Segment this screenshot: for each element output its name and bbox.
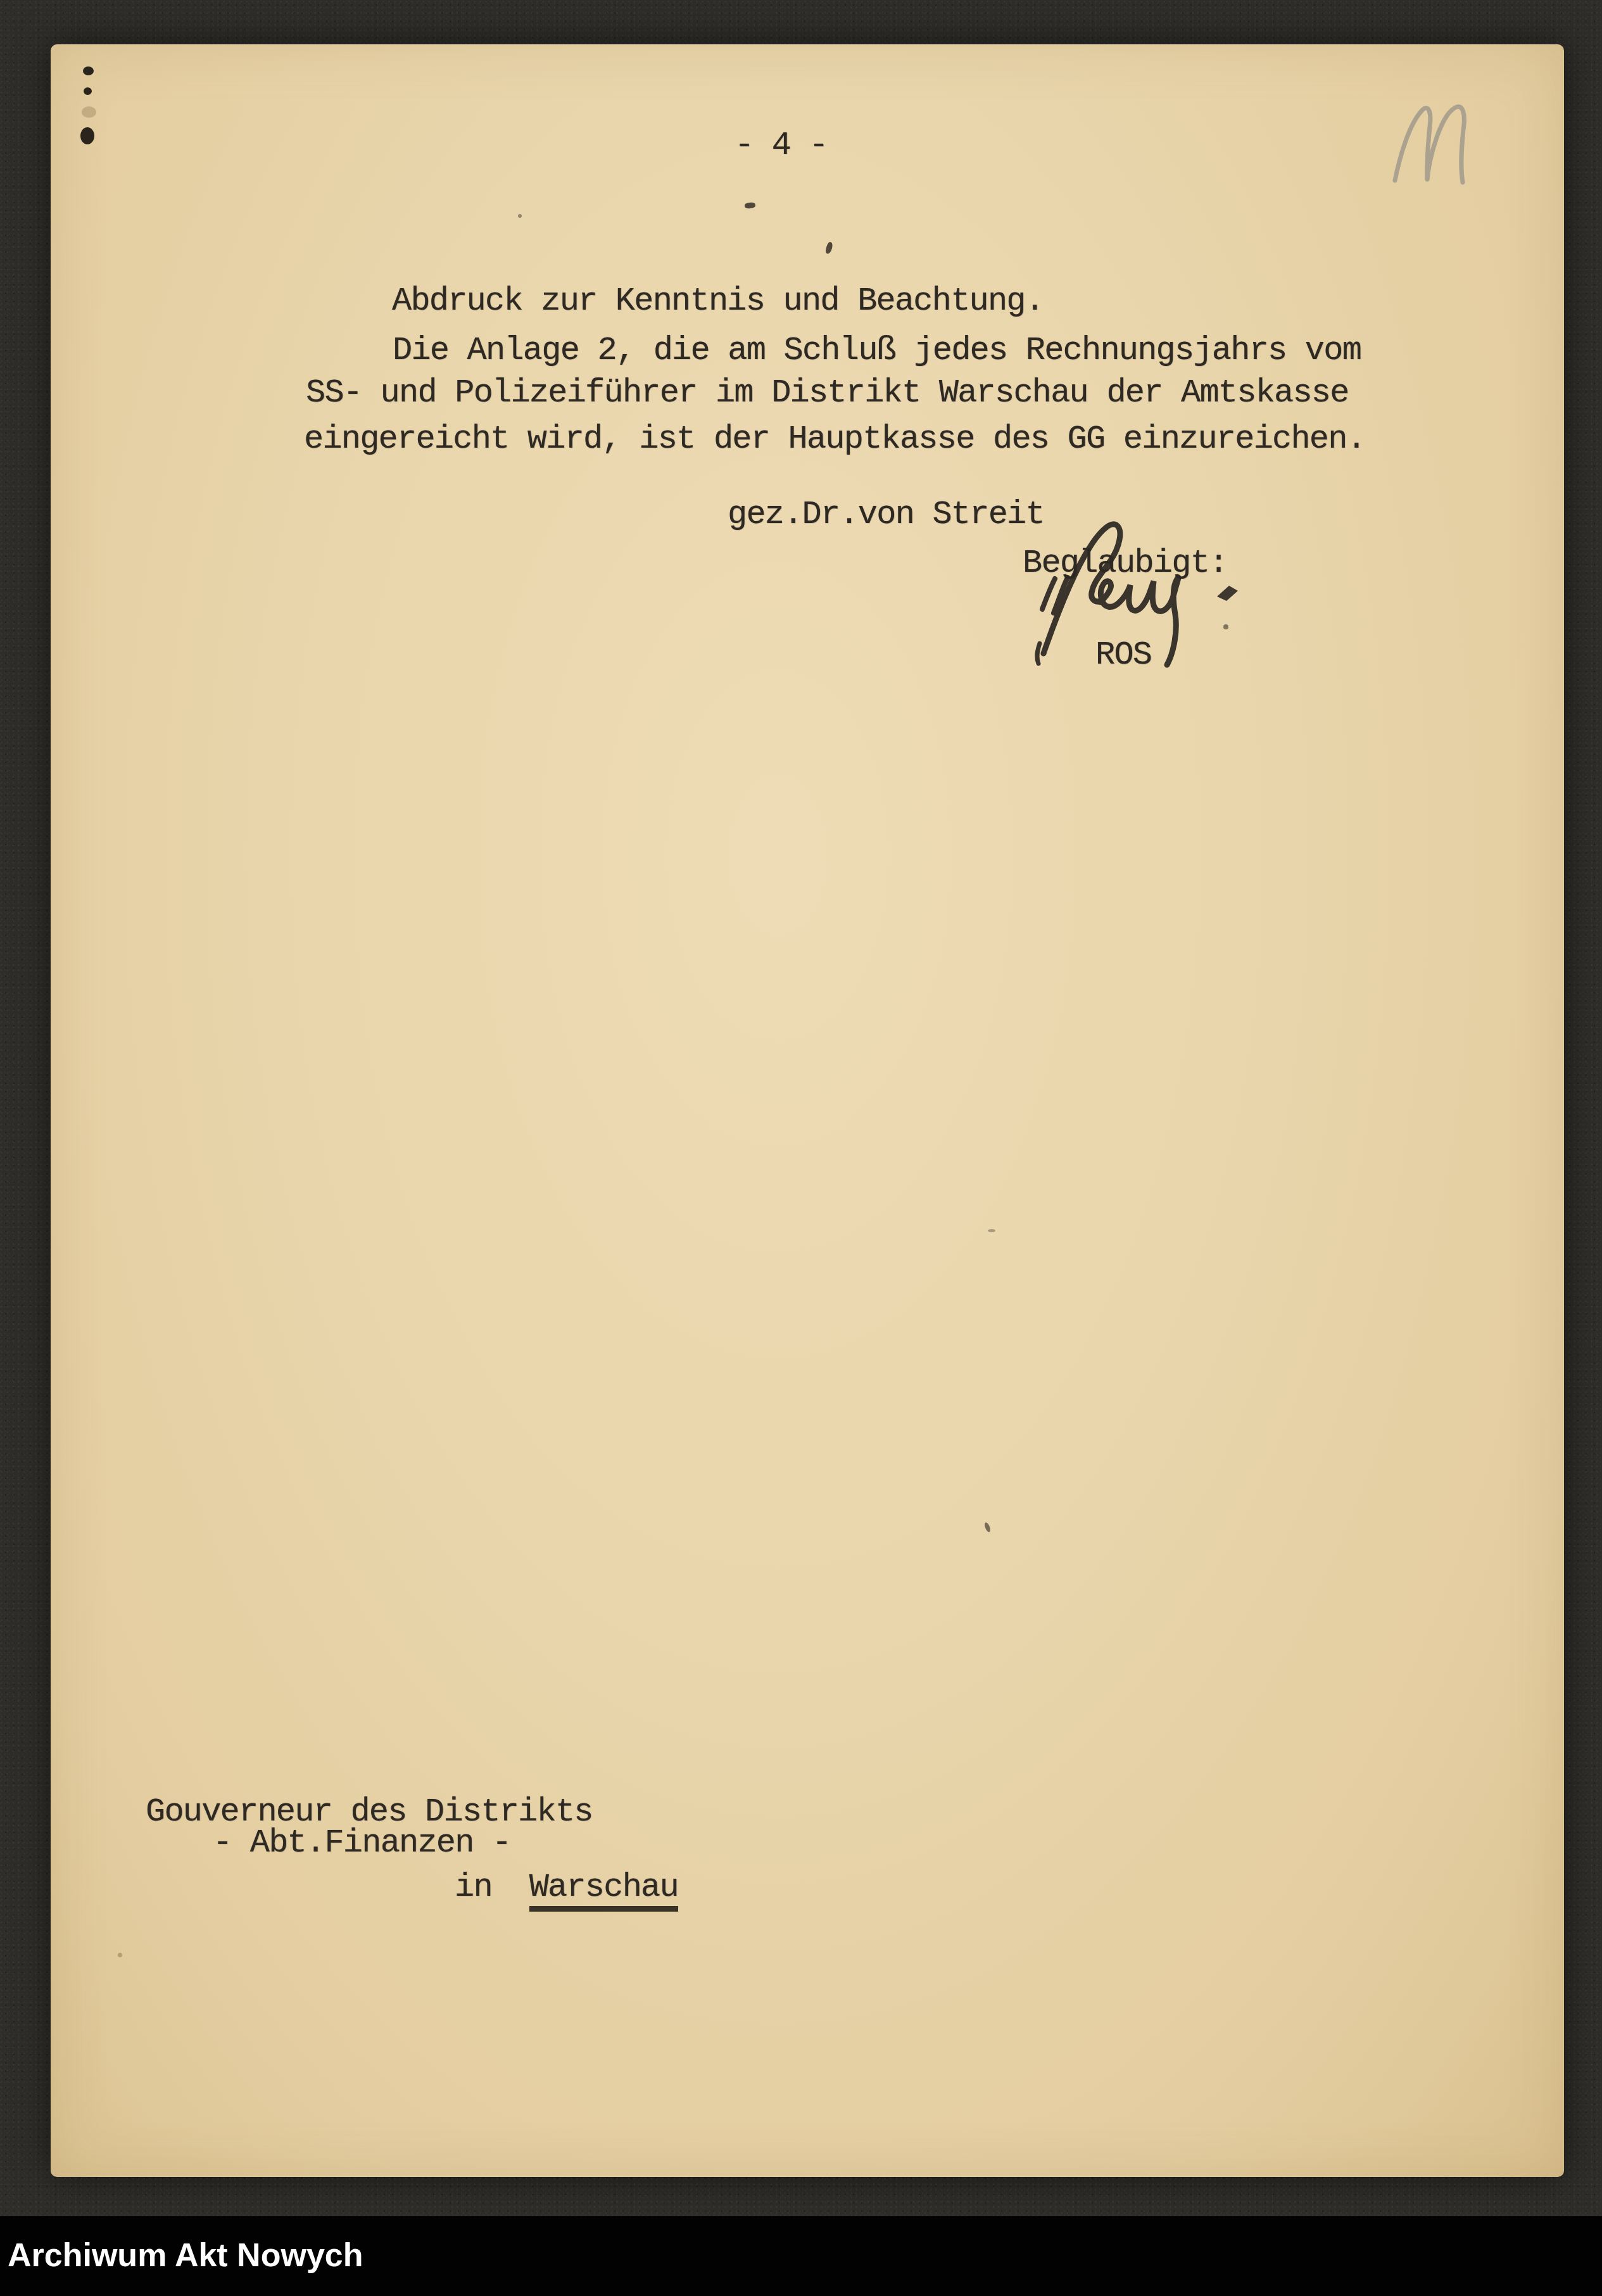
stain [82,106,96,118]
body-line-1: Abdruck zur Kenntnis und Beachtung. [392,285,1044,318]
footer-line-2: - Abt.Finanzen - [213,1827,510,1860]
handwritten-signature-icon [1031,518,1249,676]
archive-caption-bar: Archiwum Akt Nowych [0,2216,1602,2296]
footer-city-warschau: Warschau [529,1871,678,1912]
footer-city-gap [492,1869,529,1906]
archive-name-label: Archiwum Akt Nowych [8,2239,363,2272]
signature-flourish-mark [1217,586,1238,601]
stain [118,1953,122,1957]
signed-by-line: gez.Dr.von Streit [728,498,1044,531]
body-line-3: SS- und Polizeiführer im Distrikt Warsch… [306,377,1349,410]
ink-speck [988,1229,995,1232]
footer-city-prefix: in [455,1869,492,1906]
body-line-4: eingereicht wird, ist der Hauptkasse des… [304,423,1365,456]
pencil-annotation-icon [1387,98,1494,193]
body-line-2: Die Anlage 2, die am Schluß jedes Rechnu… [393,334,1361,367]
ink-speck [80,127,94,144]
ink-speck [83,66,94,75]
ink-speck [518,214,522,218]
footer-city-line: in Warschau [455,1871,678,1912]
page-number: - 4 - [735,129,828,162]
archival-scan: - 4 - Abdruck zur Kenntnis und Beachtung… [0,0,1602,2296]
ink-speck [84,87,92,95]
